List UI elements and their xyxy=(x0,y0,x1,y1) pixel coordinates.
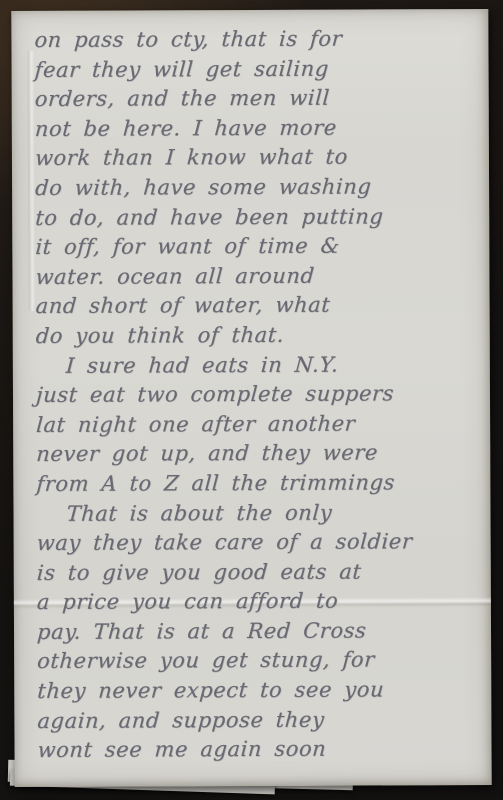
handwritten-line: lat night one after another xyxy=(35,409,486,441)
handwritten-line: again, and suppose they xyxy=(36,705,487,737)
letter-photograph: on pass to cty, that is for fear they wi… xyxy=(0,0,503,800)
letter-page: on pass to cty, that is for fear they wi… xyxy=(11,9,491,787)
handwritten-line: do you think of that. xyxy=(35,320,486,352)
handwritten-line: and short of water, what xyxy=(35,290,486,322)
handwritten-line: a price you can afford to xyxy=(36,586,487,618)
handwritten-line: wont see me again soon xyxy=(37,734,488,766)
handwritten-line: otherwise you get stung, for xyxy=(36,645,487,677)
handwritten-line: on pass to cty, that is for xyxy=(34,24,485,56)
handwritten-line: orders, and the men will xyxy=(34,83,485,115)
handwritten-line: from A to Z all the trimmings xyxy=(35,468,486,500)
handwritten-line: they never expect to see you xyxy=(36,675,487,707)
handwritten-line: not be here. I have more xyxy=(34,113,485,145)
handwritten-line: fear they will get sailing xyxy=(34,54,485,86)
handwritten-line: just eat two complete suppers xyxy=(35,379,486,411)
handwritten-line: do with, have some washing xyxy=(34,172,485,204)
handwritten-line: to do, and have been putting xyxy=(34,202,485,234)
handwritten-line: is to give you good eats at xyxy=(36,557,487,589)
handwritten-line: way they take care of a soldier xyxy=(36,527,487,559)
handwritten-line: I sure had eats in N.Y. xyxy=(35,350,486,382)
handwritten-line: pay. That is at a Red Cross xyxy=(36,616,487,648)
handwritten-line: work than I know what to xyxy=(34,142,485,174)
handwritten-text-block: on pass to cty, that is for fear they wi… xyxy=(11,9,491,787)
handwritten-line: That is about the only xyxy=(36,497,487,529)
handwritten-line: water. ocean all around xyxy=(35,261,486,293)
handwritten-line: it off, for want of time & xyxy=(34,231,485,263)
handwritten-line: never got up, and they were xyxy=(35,438,486,470)
